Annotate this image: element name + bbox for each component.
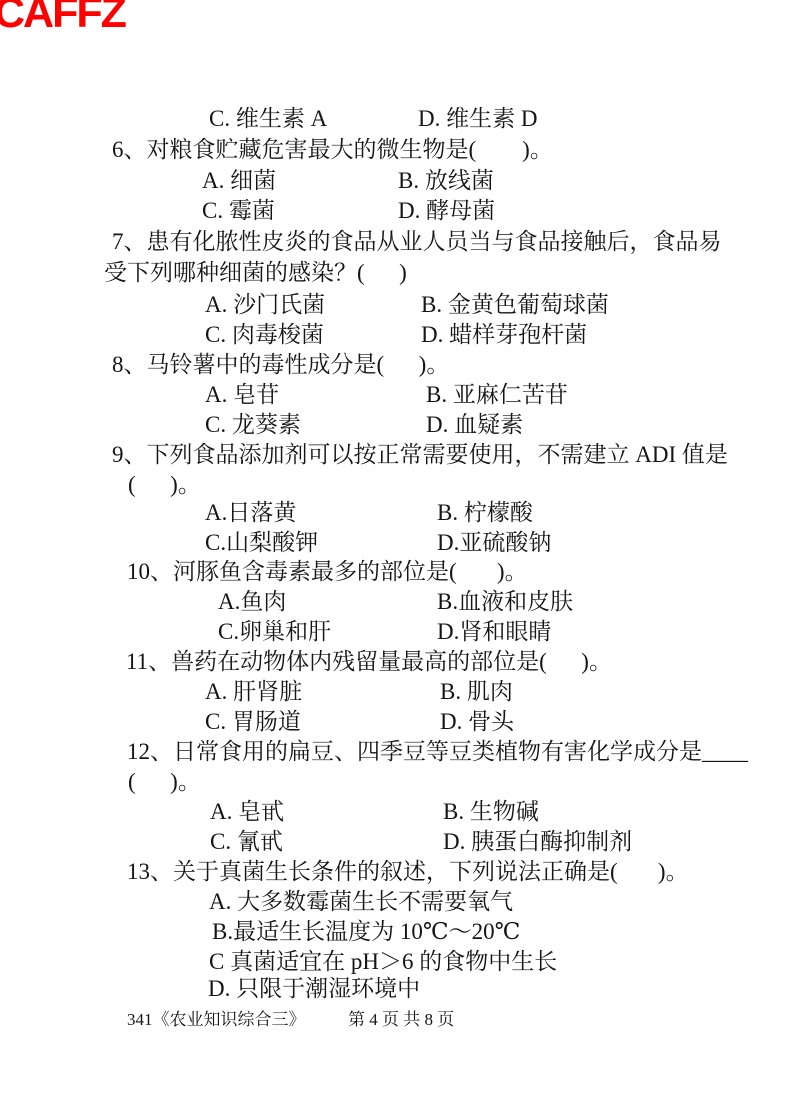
question-13-stem: 13、关于真菌生长条件的叙述，下列说法正确是( )。 bbox=[127, 858, 689, 886]
question-9-option-a: A.日落黄 bbox=[205, 499, 296, 527]
question-12-stem-row-1: 12、日常食用的扁豆、四季豆等豆类植物有害化学成分是____ bbox=[0, 738, 793, 768]
question-9-option-b: B. 柠檬酸 bbox=[437, 499, 533, 527]
question-7-option-a: A. 沙门氏菌 bbox=[205, 291, 325, 319]
question-8-option-a: A. 皂苷 bbox=[205, 381, 279, 409]
question-10-option-d: D.肾和眼睛 bbox=[437, 618, 551, 646]
question-8-option-b: B. 亚麻仁苦苷 bbox=[426, 381, 568, 409]
question-11-option-c: C. 胃肠道 bbox=[205, 708, 301, 736]
question-12-option-b: B. 生物碱 bbox=[443, 798, 539, 826]
question-8-option-c: C. 龙葵素 bbox=[205, 411, 301, 439]
question-12-option-c: C. 氰甙 bbox=[210, 828, 283, 856]
question-12-option-a: A. 皂甙 bbox=[210, 798, 284, 826]
question-12-stem-line-2: ( )。 bbox=[128, 768, 201, 796]
question-5-options-row: C. 维生素 A D. 维生素 D bbox=[0, 105, 793, 135]
question-13-option-b-row: B.最适生长温度为 10℃～20℃ bbox=[0, 918, 793, 948]
question-12-stem-line-1: 12、日常食用的扁豆、四季豆等豆类植物有害化学成分是____ bbox=[127, 738, 748, 766]
question-9-option-d: D.亚硫酸钠 bbox=[437, 529, 551, 557]
question-7-options-row-2: C. 肉毒梭菌 D. 蜡样芽孢杆菌 bbox=[0, 321, 793, 351]
question-6-stem: 6、对粮食贮藏危害最大的微生物是( )。 bbox=[112, 136, 553, 164]
question-10-option-b: B.血液和皮肤 bbox=[437, 588, 573, 616]
question-8-stem: 8、马铃薯中的毒性成分是( )。 bbox=[112, 351, 449, 379]
question-13-option-c: C 真菌适宜在 pH＞6 的食物中生长 bbox=[209, 948, 557, 976]
question-11-option-d: D. 骨头 bbox=[440, 708, 514, 736]
question-9-options-row-2: C.山梨酸钾 D.亚硫酸钠 bbox=[0, 529, 793, 559]
question-9-stem-line-1: 9、下列食品添加剂可以按正常需要使用，不需建立 ADI 值是 bbox=[112, 441, 728, 469]
question-6-option-a: A. 细菌 bbox=[202, 167, 276, 195]
question-10-options-row-1: A.鱼肉 B.血液和皮肤 bbox=[0, 588, 793, 618]
question-8-option-d: D. 血疑素 bbox=[426, 411, 523, 439]
question-11-stem: 11、兽药在动物体内残留量最高的部位是( )。 bbox=[126, 648, 612, 676]
page-footer: 341《农业知识综合三》 第 4 页 共 8 页 bbox=[0, 1010, 793, 1032]
question-6-option-d: D. 酵母菌 bbox=[398, 197, 495, 225]
question-7-stem-line-2: 受下列哪种细菌的感染？( ) bbox=[104, 259, 407, 287]
question-9-option-c: C.山梨酸钾 bbox=[205, 529, 318, 557]
question-13-option-d: D. 只限于潮湿环境中 bbox=[208, 975, 420, 1003]
question-13-option-b: B.最适生长温度为 10℃～20℃ bbox=[212, 918, 520, 946]
question-10-option-a: A.鱼肉 bbox=[218, 588, 286, 616]
question-11-option-b: B. 肌肉 bbox=[440, 678, 513, 706]
question-12-options-row-1: A. 皂甙 B. 生物碱 bbox=[0, 798, 793, 828]
question-9-stem-line-2: ( )。 bbox=[128, 471, 201, 499]
question-9-stem-row-1: 9、下列食品添加剂可以按正常需要使用，不需建立 ADI 值是 bbox=[0, 441, 793, 471]
question-7-option-c: C. 肉毒梭菌 bbox=[205, 321, 324, 349]
question-5-option-d: D. 维生素 D bbox=[418, 105, 537, 133]
caffz-logo: CAFFZ bbox=[0, 0, 125, 35]
question-13-option-a: A. 大多数霉菌生长不需要氧气 bbox=[209, 888, 513, 916]
question-12-options-row-2: C. 氰甙 D. 胰蛋白酶抑制剂 bbox=[0, 828, 793, 858]
question-6-option-c: C. 霉菌 bbox=[202, 197, 275, 225]
question-7-stem-row-2: 受下列哪种细菌的感染？( ) bbox=[0, 259, 793, 289]
question-11-option-a: A. 肝肾脏 bbox=[205, 678, 302, 706]
question-6-options-row-1: A. 细菌 B. 放线菌 bbox=[0, 167, 793, 197]
question-10-stem: 10、河豚鱼含毒素最多的部位是( )。 bbox=[127, 558, 528, 586]
question-7-options-row-1: A. 沙门氏菌 B. 金黄色葡萄球菌 bbox=[0, 291, 793, 321]
question-8-options-row-2: C. 龙葵素 D. 血疑素 bbox=[0, 411, 793, 441]
question-12-option-d: D. 胰蛋白酶抑制剂 bbox=[443, 828, 632, 856]
question-9-options-row-1: A.日落黄 B. 柠檬酸 bbox=[0, 499, 793, 529]
question-10-options-row-2: C.卵巢和肝 D.肾和眼睛 bbox=[0, 618, 793, 648]
footer-page-number: 第 4 页 共 8 页 bbox=[348, 1010, 454, 1030]
question-7-stem-row-1: 7、患有化脓性皮炎的食品从业人员当与食品接触后，食品易 bbox=[0, 228, 793, 258]
question-5-option-c: C. 维生素 A bbox=[209, 105, 327, 133]
question-6-option-b: B. 放线菌 bbox=[398, 167, 494, 195]
question-11-options-row-1: A. 肝肾脏 B. 肌肉 bbox=[0, 678, 793, 708]
question-8-stem-row: 8、马铃薯中的毒性成分是( )。 bbox=[0, 351, 793, 381]
question-13-stem-row: 13、关于真菌生长条件的叙述，下列说法正确是( )。 bbox=[0, 858, 793, 888]
question-7-option-d: D. 蜡样芽孢杆菌 bbox=[421, 321, 587, 349]
question-7-option-b: B. 金黄色葡萄球菌 bbox=[421, 291, 609, 319]
question-10-stem-row: 10、河豚鱼含毒素最多的部位是( )。 bbox=[0, 558, 793, 588]
question-11-stem-row: 11、兽药在动物体内残留量最高的部位是( )。 bbox=[0, 648, 793, 678]
footer-course-title: 341《农业知识综合三》 bbox=[127, 1010, 306, 1030]
question-8-options-row-1: A. 皂苷 B. 亚麻仁苦苷 bbox=[0, 381, 793, 411]
question-6-stem-row: 6、对粮食贮藏危害最大的微生物是( )。 bbox=[0, 136, 793, 166]
question-10-option-c: C.卵巢和肝 bbox=[218, 618, 331, 646]
question-6-options-row-2: C. 霉菌 D. 酵母菌 bbox=[0, 197, 793, 227]
question-11-options-row-2: C. 胃肠道 D. 骨头 bbox=[0, 708, 793, 738]
question-13-option-c-row: C 真菌适宜在 pH＞6 的食物中生长 bbox=[0, 948, 793, 978]
question-13-option-a-row: A. 大多数霉菌生长不需要氧气 bbox=[0, 888, 793, 918]
exam-document-page: CAFFZ C. 维生素 A D. 维生素 D 6、对粮食贮藏危害最大的微生物是… bbox=[0, 0, 793, 1099]
question-13-option-d-row: D. 只限于潮湿环境中 bbox=[0, 975, 793, 1005]
question-12-stem-row-2: ( )。 bbox=[0, 768, 793, 798]
question-7-stem-line-1: 7、患有化脓性皮炎的食品从业人员当与食品接触后，食品易 bbox=[112, 228, 722, 256]
question-9-stem-row-2: ( )。 bbox=[0, 471, 793, 501]
